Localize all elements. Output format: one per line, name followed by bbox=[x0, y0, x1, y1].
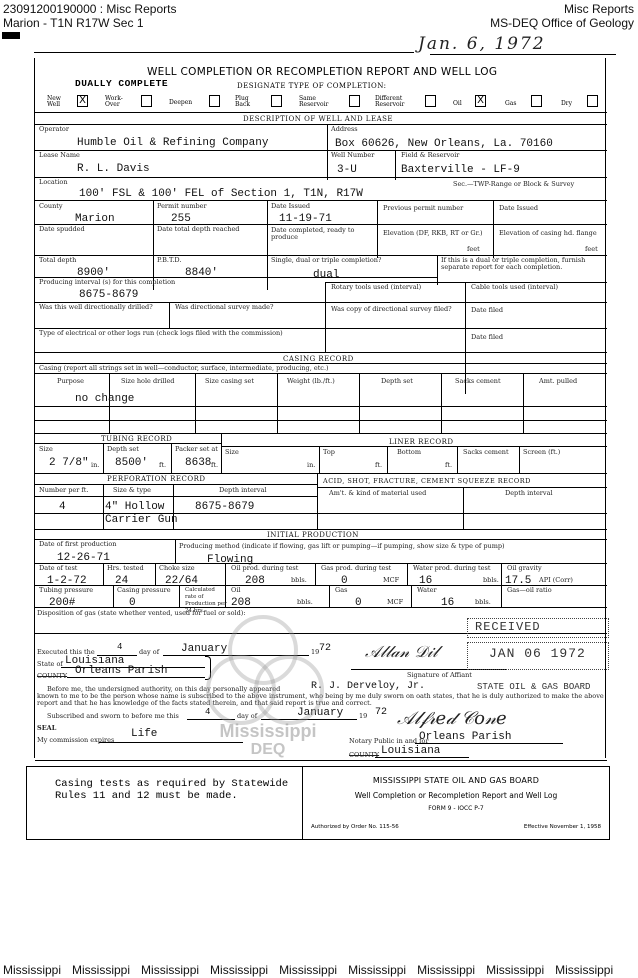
cable-tools-label: Cable tools used (interval) bbox=[471, 284, 558, 291]
checkbox-dry[interactable] bbox=[587, 95, 598, 107]
board-name: MISSISSIPPI STATE OIL AND GAS BOARD bbox=[303, 776, 609, 785]
subscribed-day-of: day of bbox=[237, 713, 257, 720]
board-form-number: FORM 9 - IOCC P-7 bbox=[303, 805, 609, 812]
divider bbox=[430, 54, 616, 55]
notary-signature: 𝒜𝓁𝒻𝓇𝑒𝒹 𝒞𝑜𝓃𝑒 bbox=[397, 708, 507, 729]
footer-watermark-strip: MississippiMississippiMississippiMississ… bbox=[0, 963, 638, 977]
footer-item: Mississippi bbox=[486, 963, 544, 977]
board-form-title: Well Completion or Recompletion Report a… bbox=[303, 791, 609, 800]
county-affidavit-label: COUNTY bbox=[37, 673, 67, 680]
divider bbox=[35, 124, 607, 125]
stamp-received: RECEIVED bbox=[475, 620, 541, 634]
tubing-col-depth: Depth set bbox=[107, 446, 139, 453]
label-dry: Dry bbox=[561, 101, 572, 107]
oil-prod-test-label: Oil prod. during test bbox=[231, 565, 298, 572]
label-different-reservoir: Different Reservoir bbox=[375, 96, 411, 108]
gas-oil-ratio-label: Gas—oil ratio bbox=[507, 587, 552, 594]
divider bbox=[375, 757, 469, 758]
footer-item: Mississippi bbox=[417, 963, 475, 977]
location-label: Location bbox=[39, 179, 68, 186]
casing-col-depth: Depth set bbox=[381, 378, 413, 385]
producing-method-label: Producing method (indicate if flowing, g… bbox=[179, 543, 505, 550]
document-id-header: 23091200190000 : Misc Reports bbox=[3, 2, 176, 16]
elevation-casing-label: Elevation of casing hd. flange bbox=[499, 230, 599, 237]
address-value: Box 60626, New Orleans, La. 70160 bbox=[335, 138, 553, 150]
divider bbox=[327, 124, 328, 180]
divider bbox=[317, 473, 318, 529]
divider bbox=[407, 563, 408, 585]
divider bbox=[187, 719, 235, 720]
liner-col-size: Size bbox=[225, 449, 239, 456]
divider bbox=[437, 255, 438, 285]
divider bbox=[171, 443, 172, 473]
seal-label: SEAL bbox=[37, 725, 56, 732]
divider bbox=[103, 443, 104, 473]
divider bbox=[34, 52, 414, 53]
footer-item: Mississippi bbox=[279, 963, 337, 977]
date-of-test-label: Date of test bbox=[39, 565, 77, 572]
date-issued-2-label: Date Issued bbox=[499, 205, 538, 212]
liner-col-sacks: Sacks cement bbox=[463, 449, 509, 456]
divider bbox=[35, 177, 607, 178]
perforation-record-title: PERFORATION RECORD bbox=[107, 475, 206, 483]
perf-size-type-value-2: Carrier Gun bbox=[105, 514, 178, 526]
checkbox-new-well[interactable]: X bbox=[77, 95, 88, 107]
liner-record-title: LINER RECORD bbox=[389, 438, 454, 446]
rules-line-2: Rules 11 and 12 must be made. bbox=[55, 790, 288, 802]
date-filed-1-label: Date filed bbox=[471, 307, 503, 314]
divider bbox=[315, 563, 316, 585]
divider bbox=[319, 446, 320, 473]
divider bbox=[35, 496, 317, 497]
divider bbox=[35, 484, 317, 485]
date-spudded-label: Date spudded bbox=[39, 226, 85, 233]
casing-record-title: CASING RECORD bbox=[283, 355, 354, 363]
day-of-label: day of bbox=[139, 649, 159, 656]
location-header: Marion - T1N R17W Sec 1 bbox=[3, 16, 144, 30]
elevation-casing-unit: feet bbox=[585, 246, 598, 253]
tubing-pressure-label: Tubing pressure bbox=[39, 587, 93, 594]
acid-col-material: Am't. & kind of material used bbox=[329, 490, 426, 497]
choke-size-label: Choke size bbox=[159, 565, 195, 572]
lease-name-value: R. L. Davis bbox=[77, 163, 150, 175]
divider bbox=[519, 446, 520, 473]
previous-permit-label: Previous permit number bbox=[383, 205, 463, 212]
divider bbox=[35, 373, 607, 374]
scan-artifact bbox=[2, 32, 20, 39]
first-production-label: Date of first production bbox=[39, 541, 116, 548]
dual-completion-note: If this is a dual or triple completion, … bbox=[441, 257, 605, 271]
tubing-depth-value: 8500' bbox=[115, 457, 148, 469]
producing-interval-label: Producing interval (s) for this completi… bbox=[39, 279, 175, 286]
subscribed-label: Subscribed and sworn to before me this bbox=[47, 713, 179, 720]
divider bbox=[387, 446, 388, 473]
rotary-tools-label: Rotary tools used (interval) bbox=[331, 284, 421, 291]
location-note: Sec.—TWP-Range or Block & Survey bbox=[453, 181, 574, 188]
tubing-packer-value: 8638 bbox=[185, 457, 211, 469]
divider bbox=[195, 373, 196, 433]
directional-survey-label: Was directional survey made? bbox=[175, 304, 273, 311]
divider bbox=[415, 743, 563, 744]
gas-disposition-label: Disposition of gas (state whether vented… bbox=[37, 610, 246, 617]
checkbox-work-over[interactable] bbox=[141, 95, 152, 107]
executed-month: January bbox=[181, 643, 227, 655]
producing-interval-value: 8675-8679 bbox=[79, 289, 138, 301]
gas-rate-label: Gas bbox=[335, 587, 347, 594]
total-depth-label: Total depth bbox=[39, 257, 76, 264]
checkbox-different-reservoir[interactable] bbox=[425, 95, 436, 107]
oil-rate-label: Oil bbox=[231, 587, 241, 594]
gas-prod-test-unit: MCF bbox=[383, 577, 399, 584]
well-number-label: Well Number bbox=[331, 152, 374, 159]
divider bbox=[103, 563, 104, 585]
state-label: State of bbox=[37, 661, 63, 668]
label-gas: Gas bbox=[505, 101, 516, 107]
liner-col-screen: Screen (ft.) bbox=[523, 449, 560, 456]
water-prod-test-unit: bbls. bbox=[483, 577, 499, 584]
tubing-col-packer: Packer set at bbox=[175, 446, 218, 453]
casing-rules-note: Casing tests as required by Statewide Ru… bbox=[27, 767, 303, 839]
notary-state: Louisiana bbox=[381, 745, 440, 757]
operator-value: Humble Oil & Refining Company bbox=[77, 137, 268, 149]
divider bbox=[261, 719, 357, 720]
commission-value: Life bbox=[131, 728, 157, 740]
divider bbox=[463, 487, 464, 529]
divider bbox=[113, 585, 114, 607]
location-value: 100' FSL & 100' FEL of Section 1, T1N, R… bbox=[79, 188, 363, 200]
stamp-board: STATE OIL & GAS BOARD bbox=[477, 682, 590, 692]
label-plug-back: Plug Back bbox=[235, 96, 253, 108]
water-prod-test-label: Water prod. during test bbox=[413, 565, 490, 572]
signature-affiant-label: Signature of Affiant bbox=[407, 672, 472, 679]
effective-date: Effective November 1, 1958 bbox=[524, 824, 601, 830]
gas-prod-test-label: Gas prod. during test bbox=[321, 565, 391, 572]
completion-kind-value: dual bbox=[313, 269, 339, 281]
perf-number-value: 4 bbox=[59, 501, 66, 513]
notary-parish: Orleans Parish bbox=[419, 731, 511, 743]
handwritten-date: Jan. 6, 1972 bbox=[418, 34, 546, 54]
divider bbox=[35, 352, 607, 353]
board-info: MISSISSIPPI STATE OIL AND GAS BOARD Well… bbox=[303, 767, 609, 839]
casing-col-size-casing: Size casing set bbox=[205, 378, 254, 385]
elevation-label: Elevation (DF, RKB, RT or Gr.) bbox=[383, 230, 487, 237]
footer-item: Mississippi bbox=[348, 963, 406, 977]
subscribed-month: January bbox=[297, 707, 343, 719]
divider bbox=[35, 607, 607, 608]
liner-col-bottom: Bottom bbox=[397, 449, 421, 456]
bracket bbox=[205, 656, 211, 680]
subscribed-year-prefix: 19 bbox=[359, 713, 367, 720]
divider bbox=[457, 446, 458, 473]
divider bbox=[277, 373, 278, 433]
perf-col-size-type: Size & type bbox=[113, 487, 151, 494]
tubing-packer-unit: ft. bbox=[211, 462, 218, 469]
divider bbox=[441, 373, 442, 433]
checkbox-oil[interactable]: X bbox=[475, 95, 486, 107]
section-description-title: DESCRIPTION OF WELL AND LEASE bbox=[243, 115, 393, 123]
dually-complete-note: DUALLY COMPLETE bbox=[75, 78, 168, 89]
casing-row-purpose: no change bbox=[75, 393, 134, 405]
divider bbox=[35, 529, 607, 530]
gas-rate-unit: MCF bbox=[387, 599, 403, 606]
rules-text: Casing tests as required by Statewide Ru… bbox=[55, 778, 288, 802]
tubing-size-unit: in. bbox=[91, 462, 99, 469]
date-filed-2-label: Date filed bbox=[471, 334, 503, 341]
oil-gravity-unit: API (Corr) bbox=[539, 577, 573, 584]
address-label: Address bbox=[331, 126, 358, 133]
perf-depth-value: 8675-8679 bbox=[195, 501, 254, 513]
checkbox-same-reservoir[interactable] bbox=[349, 95, 360, 107]
water-rate-label: Water bbox=[417, 587, 437, 594]
casing-col-amt-pulled: Amt. pulled bbox=[539, 378, 577, 385]
divider bbox=[35, 406, 607, 407]
divider bbox=[35, 420, 607, 421]
date-completed-label: Date completed, ready to produce bbox=[271, 227, 371, 241]
divider bbox=[221, 446, 607, 447]
initial-production-title: INITIAL PRODUCTION bbox=[267, 531, 359, 539]
acid-col-depth: Depth interval bbox=[505, 490, 553, 497]
report-type-header: Misc Reports bbox=[564, 2, 634, 16]
divider bbox=[35, 433, 607, 434]
survey-copy-filed-label: Was copy of directional survey filed? bbox=[331, 306, 461, 313]
office-header: MS-DEQ Office of Geology bbox=[490, 16, 634, 30]
date-issued-label: Date Issued bbox=[271, 203, 310, 210]
casing-col-purpose: Purpose bbox=[57, 378, 84, 385]
field-reservoir-value: Baxterville - LF-9 bbox=[401, 164, 520, 176]
logs-run-label: Type of electrical or other logs run (ch… bbox=[39, 330, 283, 337]
casing-pressure-label: Casing pressure bbox=[117, 587, 171, 594]
checkbox-deepen[interactable] bbox=[209, 95, 220, 107]
divider bbox=[169, 302, 170, 328]
divider bbox=[395, 150, 396, 180]
footer-item: Mississippi bbox=[210, 963, 268, 977]
form-footer-box: Casing tests as required by Statewide Ru… bbox=[26, 766, 610, 840]
stamp-date: JAN 06 1972 bbox=[489, 646, 586, 661]
divider bbox=[377, 200, 378, 258]
divider bbox=[179, 585, 180, 607]
well-number-value: 3-U bbox=[337, 164, 357, 176]
divider bbox=[317, 487, 607, 488]
label-work-over: Work-Over bbox=[105, 96, 125, 108]
tubing-col-size: Size bbox=[39, 446, 53, 453]
label-same-reservoir: Same Reservoir bbox=[299, 96, 331, 108]
county-affidavit-value: Orleans Parish bbox=[75, 665, 167, 677]
completion-kind-label: Single, dual or triple completion? bbox=[271, 257, 381, 264]
pbtd-label: P.B.T.D. bbox=[157, 257, 181, 264]
oil-prod-test-unit: bbls. bbox=[291, 577, 307, 584]
directionally-drilled-label: Was this well directionally drilled? bbox=[39, 304, 153, 311]
rules-line-1: Casing tests as required by Statewide bbox=[55, 778, 288, 790]
divider bbox=[329, 585, 330, 607]
subscribed-day: 4 bbox=[205, 706, 210, 718]
divider bbox=[175, 539, 176, 563]
form-title: WELL COMPLETION OR RECOMPLETION REPORT A… bbox=[147, 66, 497, 78]
perf-col-depth: Depth interval bbox=[219, 487, 267, 494]
label-new-well: New Well bbox=[47, 96, 63, 108]
casing-col-sacks: Sacks cement bbox=[455, 378, 501, 385]
perf-col-number: Number per ft. bbox=[39, 487, 88, 494]
liner-size-unit: in. bbox=[307, 462, 315, 469]
footer-item: Mississippi bbox=[141, 963, 199, 977]
divider bbox=[35, 150, 607, 151]
divider bbox=[35, 473, 607, 474]
elevation-unit: feet bbox=[467, 246, 480, 253]
casing-col-size-hole: Size hole drilled bbox=[121, 378, 174, 385]
casing-record-subtitle: Casing (report all strings set in well—c… bbox=[39, 365, 329, 372]
divider bbox=[155, 563, 156, 585]
authorized-order: Authorized by Order No. 115-56 bbox=[311, 824, 399, 830]
field-reservoir-label: Field & Reservoir bbox=[401, 152, 459, 159]
checkbox-gas[interactable] bbox=[531, 95, 542, 107]
county-label: County bbox=[39, 203, 63, 210]
divider bbox=[99, 742, 243, 743]
divider bbox=[103, 484, 104, 529]
divider bbox=[35, 443, 221, 444]
permit-number-label: Permit number bbox=[157, 203, 207, 210]
footer-item: Mississippi bbox=[3, 963, 61, 977]
footer-item: Mississippi bbox=[555, 963, 613, 977]
checkbox-plug-back[interactable] bbox=[271, 95, 282, 107]
perf-size-type-value-1: 4" Hollow bbox=[105, 501, 164, 513]
tubing-record-title: TUBING RECORD bbox=[101, 435, 172, 443]
liner-bottom-unit: ft. bbox=[445, 462, 452, 469]
oil-rate-unit: bbls. bbox=[297, 599, 313, 606]
label-deepen: Deepen bbox=[169, 100, 192, 106]
operator-label: Operator bbox=[39, 126, 69, 133]
divider bbox=[163, 655, 309, 656]
divider bbox=[35, 112, 607, 113]
acid-record-title: ACID, SHOT, FRACTURE, CEMENT SQUEEZE REC… bbox=[323, 477, 531, 485]
divider bbox=[35, 760, 607, 761]
divider bbox=[35, 513, 607, 514]
oil-gravity-label: Oil gravity bbox=[507, 565, 542, 572]
subscribed-year: 72 bbox=[375, 707, 387, 719]
divider bbox=[67, 677, 205, 678]
divider bbox=[35, 200, 607, 201]
date-total-depth-label: Date total depth reached bbox=[157, 226, 239, 233]
footer-item: Mississippi bbox=[72, 963, 130, 977]
divider bbox=[221, 433, 222, 473]
received-stamp: RECEIVED JAN 06 1972 STATE OIL & GAS BOA… bbox=[467, 618, 609, 700]
executed-year: 72 bbox=[319, 643, 331, 655]
tubing-size-value: 2 7/8" bbox=[49, 457, 89, 469]
divider bbox=[359, 373, 360, 433]
tubing-depth-unit: ft. bbox=[159, 462, 166, 469]
liner-col-top: Top bbox=[323, 449, 335, 456]
water-rate-unit: bbls. bbox=[475, 599, 491, 606]
liner-top-unit: ft. bbox=[375, 462, 382, 469]
lease-name-label: Lease Name bbox=[39, 152, 80, 159]
executed-day: 4 bbox=[117, 641, 122, 653]
casing-col-weight: Weight (lb./ft.) bbox=[287, 378, 335, 385]
divider bbox=[35, 539, 607, 540]
divider bbox=[35, 224, 607, 225]
divider bbox=[325, 282, 326, 352]
label-oil: Oil bbox=[453, 101, 462, 107]
designate-type-label: DESIGNATE TYPE OF COMPLETION: bbox=[237, 82, 386, 90]
divider bbox=[411, 585, 412, 607]
divider bbox=[493, 200, 494, 258]
hrs-tested-label: Hrs. tested bbox=[107, 565, 144, 572]
divider bbox=[523, 373, 524, 433]
affiant-signature: 𝒜𝓁𝓁𝒶𝓃 𝒟𝒾𝓁 bbox=[365, 642, 438, 662]
